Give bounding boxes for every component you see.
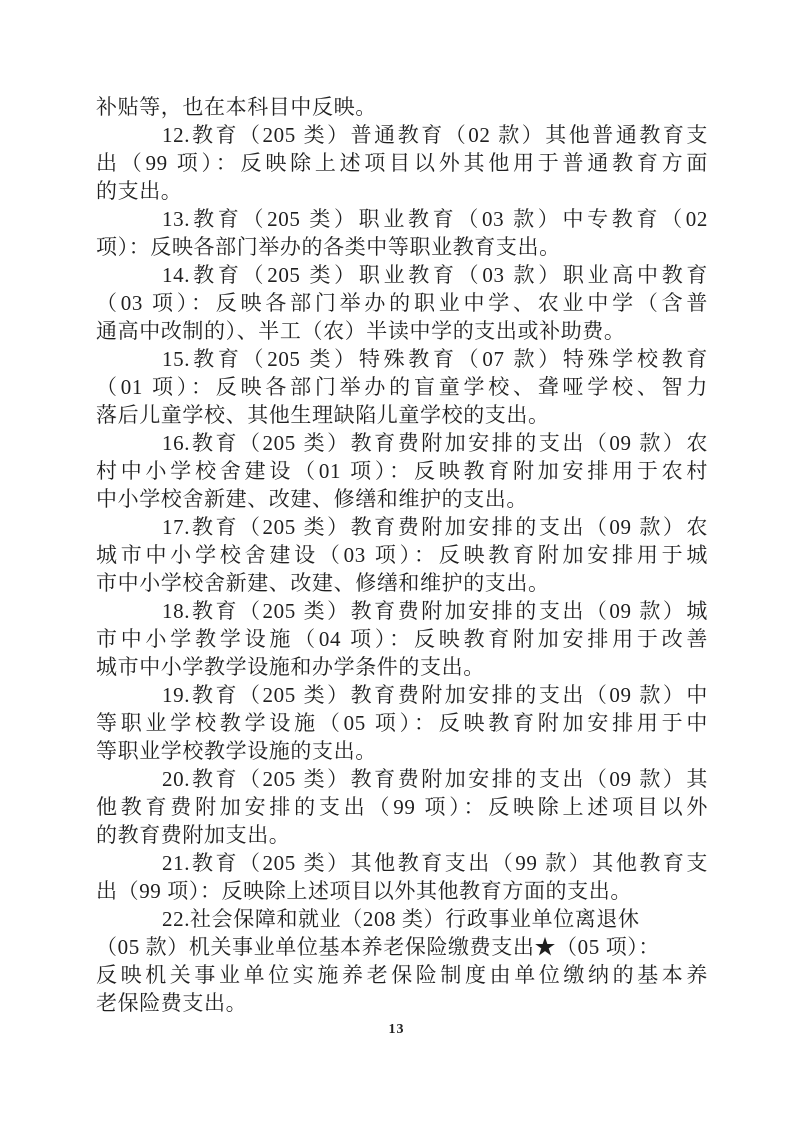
paragraph-item-21: 21.教育（205 类）其他教育支出（99 款）其他教育支 出（99 项）：反映…	[96, 849, 708, 905]
text-line: 16.教育（205 类）教育费附加安排的支出（09 款）农	[96, 429, 708, 457]
text-line: （05 款）机关事业单位基本养老保险缴费支出★（05 项）：	[96, 933, 708, 961]
text-line: 落后儿童学校、其他生理缺陷儿童学校的支出。	[96, 401, 708, 429]
text-line: 15.教育（205 类）特殊教育（07 款）特殊学校教育	[96, 345, 708, 373]
paragraph-item-20: 20.教育（205 类）教育费附加安排的支出（09 款）其 他教育费附加安排的支…	[96, 765, 708, 849]
paragraph-item-14: 14.教育（205 类）职业教育（03 款）职业高中教育 （03 项）：反映各部…	[96, 261, 708, 345]
text-line: 出（99 项）：反映除上述项目以外其他用于普通教育方面	[96, 149, 708, 177]
text-line: （01 项）：反映各部门举办的盲童学校、聋哑学校、智力	[96, 373, 708, 401]
text-line: 反映机关事业单位实施养老保险制度由单位缴纳的基本养	[96, 961, 708, 989]
text-line: 等职业学校教学设施（05 项）：反映教育附加安排用于中	[96, 709, 708, 737]
text-line: 市中小学教学设施（04 项）：反映教育附加安排用于改善	[96, 625, 708, 653]
text-line: 出（99 项）：反映除上述项目以外其他教育方面的支出。	[96, 877, 708, 905]
paragraph-item-12: 12.教育（205 类）普通教育（02 款）其他普通教育支 出（99 项）：反映…	[96, 121, 708, 205]
text-line: 17.教育（205 类）教育费附加安排的支出（09 款）农	[96, 513, 708, 541]
text-line: （03 项）：反映各部门举办的职业中学、农业中学（含普	[96, 289, 708, 317]
text-line: 城市中小学校舍建设（03 项）：反映教育附加安排用于城	[96, 541, 708, 569]
text-line: 13.教育（205 类）职业教育（03 款）中专教育（02	[96, 205, 708, 233]
document-page: 补贴等，也在本科目中反映。 12.教育（205 类）普通教育（02 款）其他普通…	[0, 0, 793, 1122]
text-line: 22.社会保障和就业（208 类）行政事业单位离退休	[96, 905, 708, 933]
text-line: 市中小学校舍新建、改建、修缮和维护的支出。	[96, 569, 708, 597]
paragraph-item-18: 18.教育（205 类）教育费附加安排的支出（09 款）城 市中小学教学设施（0…	[96, 597, 708, 681]
text-line: 的支出。	[96, 177, 708, 205]
document-body: 补贴等，也在本科目中反映。 12.教育（205 类）普通教育（02 款）其他普通…	[96, 93, 708, 1017]
text-line: 18.教育（205 类）教育费附加安排的支出（09 款）城	[96, 597, 708, 625]
paragraph-item-16: 16.教育（205 类）教育费附加安排的支出（09 款）农 村中小学校舍建设（0…	[96, 429, 708, 513]
text-line: 老保险费支出。	[96, 989, 708, 1017]
text-line: 城市中小学教学设施和办学条件的支出。	[96, 653, 708, 681]
text-line: 20.教育（205 类）教育费附加安排的支出（09 款）其	[96, 765, 708, 793]
text-line: 的教育费附加支出。	[96, 821, 708, 849]
text-line: 14.教育（205 类）职业教育（03 款）职业高中教育	[96, 261, 708, 289]
text-line: 等职业学校教学设施的支出。	[96, 737, 708, 765]
paragraph-item-17: 17.教育（205 类）教育费附加安排的支出（09 款）农 城市中小学校舍建设（…	[96, 513, 708, 597]
text-line: 12.教育（205 类）普通教育（02 款）其他普通教育支	[96, 121, 708, 149]
text-line: 中小学校舍新建、改建、修缮和维护的支出。	[96, 485, 708, 513]
page-number: 13	[0, 1022, 793, 1038]
paragraph-item-19: 19.教育（205 类）教育费附加安排的支出（09 款）中 等职业学校教学设施（…	[96, 681, 708, 765]
text-line: 他教育费附加安排的支出（99 项）：反映除上述项目以外	[96, 793, 708, 821]
text-line: 项）：反映各部门举办的各类中等职业教育支出。	[96, 233, 708, 261]
paragraph-11-continuation: 补贴等，也在本科目中反映。	[96, 93, 708, 121]
text-line: 通高中改制的）、半工（农）半读中学的支出或补助费。	[96, 317, 708, 345]
text-line: 21.教育（205 类）其他教育支出（99 款）其他教育支	[96, 849, 708, 877]
text-line: 村中小学校舍建设（01 项）：反映教育附加安排用于农村	[96, 457, 708, 485]
text-line: 补贴等，也在本科目中反映。	[96, 93, 708, 121]
text-line: 19.教育（205 类）教育费附加安排的支出（09 款）中	[96, 681, 708, 709]
paragraph-item-13: 13.教育（205 类）职业教育（03 款）中专教育（02 项）：反映各部门举办…	[96, 205, 708, 261]
paragraph-item-15: 15.教育（205 类）特殊教育（07 款）特殊学校教育 （01 项）：反映各部…	[96, 345, 708, 429]
paragraph-item-22: 22.社会保障和就业（208 类）行政事业单位离退休 （05 款）机关事业单位基…	[96, 905, 708, 1017]
